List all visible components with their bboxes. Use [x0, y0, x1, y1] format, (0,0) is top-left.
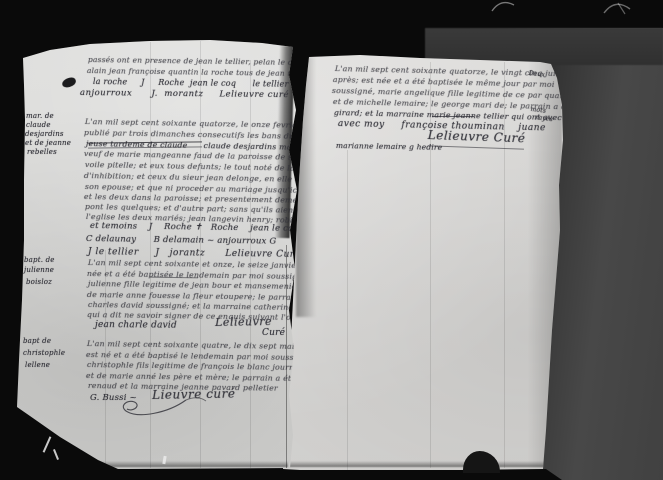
film-mark [618, 3, 625, 14]
margin-note-line: julienne [24, 266, 54, 274]
signature-line: G. Bussi ~ [90, 393, 137, 403]
gutter-shadow [296, 57, 316, 317]
bottom-edge-smudge [286, 461, 544, 467]
margin-note-line: rebelles [27, 148, 57, 156]
fold-crease [347, 150, 348, 470]
film-scratch [43, 436, 52, 452]
cure-signature: Lelieuvre [215, 315, 272, 329]
margin-note-line: et de jeanne [25, 139, 71, 147]
signature-line: jean charle david [95, 320, 177, 331]
margin-note-line: bapt. de [24, 256, 55, 264]
margin-note-line: boisloz [26, 278, 52, 286]
margin-note-line: bapt de [23, 337, 51, 345]
film-mark [492, 3, 514, 11]
ink-blot [61, 76, 77, 88]
margin-note-line: christophle [23, 349, 65, 357]
crossed-out-words [88, 141, 202, 148]
handwriting-line: julienne fille legitime de jean bour et … [88, 279, 311, 291]
signature-line: marianne lemaire g hedire [336, 141, 443, 152]
cure-signature: Curé [262, 328, 285, 338]
margin-note-line: mar. de [26, 112, 54, 120]
film-scratch [53, 449, 59, 460]
handwriting-line: L'an mil sept cent soixante et onze, le … [88, 258, 315, 270]
signature-line: et temoins J Roche ✝ Roche jean le coq [90, 221, 299, 234]
handwriting-line: L'an mil sept cent soixante quatre, le d… [87, 339, 295, 351]
bottom-edge-smudge [22, 461, 288, 467]
signature-flourish [428, 145, 524, 149]
margin-note-line: desjardins [25, 130, 64, 138]
margin-note-line: claude [26, 121, 51, 129]
margin-note-line: lellene [25, 361, 50, 369]
microfilm-scan: L'an mil sept cent soixante quatorze, le… [0, 0, 663, 480]
handwriting-line: christophle fils legitime de françois le… [87, 360, 313, 372]
signature-line: la roche J Roche jean le coq le tellier [93, 77, 289, 89]
cure-signature: Lieuvre curé [152, 387, 236, 402]
signature-line: anjourroux J. morantz Lelieuvre curé [80, 88, 289, 100]
signature-line: C delaunay B delamain ~ anjourroux G [86, 234, 277, 247]
film-mark [604, 4, 630, 13]
underline [432, 116, 474, 117]
